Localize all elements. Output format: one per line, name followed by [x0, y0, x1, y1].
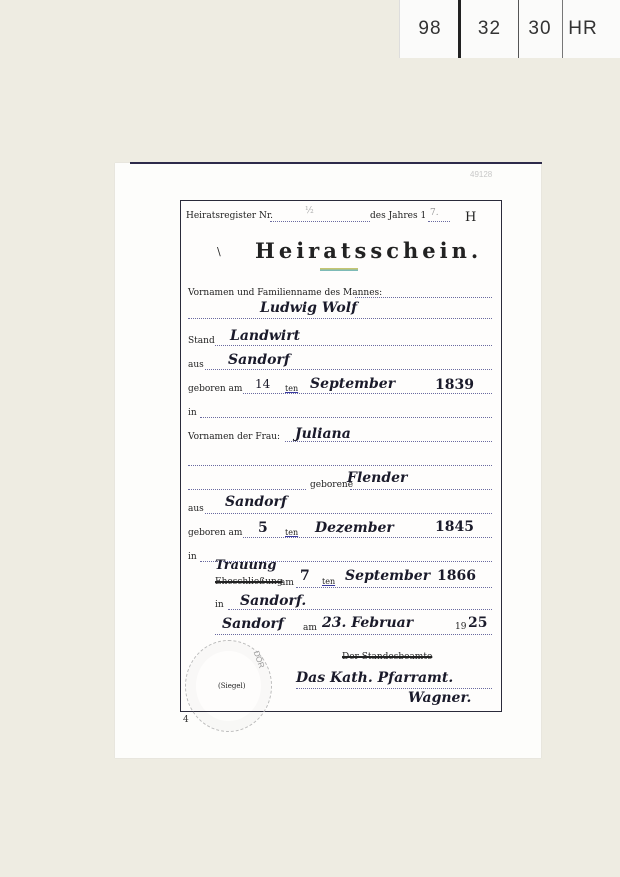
- register-label: Heiratsregister Nr.: [186, 211, 273, 221]
- husband-born-label: geboren am: [188, 384, 242, 394]
- document-title: Heiratsschein.: [255, 238, 482, 263]
- year-label: des Jahres 1: [370, 211, 426, 221]
- line: [205, 513, 492, 514]
- tab-divider: [458, 0, 461, 58]
- archive-cell-2: 32: [462, 0, 517, 58]
- line: [188, 465, 492, 466]
- marriage-year: 1866: [437, 568, 476, 584]
- line: [243, 537, 492, 538]
- line: [188, 489, 306, 490]
- marriage-place: Sandorf.: [240, 593, 306, 609]
- wife-in-label: in: [188, 552, 197, 562]
- archive-cell-4: HR: [564, 0, 602, 58]
- line: [228, 609, 492, 610]
- husband-born-day: 14: [255, 377, 270, 391]
- issued-date: 23. Februar: [322, 615, 413, 631]
- husband-name: Ludwig Wolf: [260, 300, 357, 316]
- line: [296, 587, 492, 588]
- husband-aus-label: aus: [188, 360, 204, 370]
- wife-aus-label: aus: [188, 504, 204, 514]
- marriage-am-label: am: [280, 578, 294, 588]
- signer-name: Wagner.: [408, 690, 471, 706]
- sheet-edge: [130, 162, 542, 164]
- husband-born-year: 1839: [435, 377, 474, 393]
- page-number: 4: [183, 715, 189, 725]
- archive-index-tab: 98 32 30 HR: [399, 0, 620, 58]
- ten-suffix: ten: [285, 528, 298, 537]
- line: [215, 634, 492, 635]
- wife-born-year: 1845: [435, 519, 474, 535]
- year-value: 7.: [430, 208, 439, 218]
- wife-maiden-name: Flender: [347, 470, 407, 486]
- line: [188, 318, 492, 319]
- certificate-frame: [180, 200, 502, 712]
- ten-suffix: ten: [285, 384, 298, 393]
- line: [350, 489, 492, 490]
- line: [355, 297, 492, 298]
- seal-label: (Siegel): [218, 682, 246, 690]
- archive-cell-1: 98: [405, 0, 455, 58]
- wife-born-month: Dezember: [315, 520, 394, 536]
- signer: Das Kath. Pfarramt.: [296, 670, 453, 686]
- pencil-note: 49128: [470, 170, 492, 179]
- standesbeamte-struck: Der Standesbeamte: [342, 652, 432, 662]
- issued-year-suffix: 25: [468, 615, 487, 631]
- marriage-type: Trauung: [215, 558, 276, 573]
- form-letter: H: [465, 210, 476, 225]
- husband-stand: Landwirt: [230, 328, 300, 344]
- issued-place: Sandorf: [222, 616, 284, 632]
- husband-born-month: September: [310, 376, 395, 392]
- line: [200, 417, 492, 418]
- line: [243, 393, 492, 394]
- wife-aus: Sandorf: [225, 494, 287, 510]
- title-mark: \: [217, 245, 221, 258]
- marriage-month: September: [345, 568, 430, 584]
- register-line: [270, 221, 370, 222]
- line: [205, 369, 492, 370]
- marriage-in-label: in: [215, 600, 224, 610]
- year-line: [428, 221, 450, 222]
- wife-born-label: geboren am: [188, 528, 242, 538]
- husband-name-label: Vornamen und Familienname des Mannes:: [188, 288, 382, 298]
- line: [215, 345, 492, 346]
- archive-cell-3: 30: [520, 0, 560, 58]
- wife-name: Juliana: [295, 426, 351, 442]
- stand-label: Stand: [188, 336, 215, 346]
- wife-born-day: 5: [258, 520, 268, 536]
- title-underline: [320, 268, 358, 271]
- marriage-day: 7: [300, 568, 310, 584]
- tab-divider: [562, 0, 563, 58]
- ten-suffix: ten: [322, 577, 335, 586]
- wife-name-label: Vornamen der Frau:: [188, 432, 280, 442]
- issued-year-prefix: 19: [455, 622, 466, 632]
- husband-in-label: in: [188, 408, 197, 418]
- register-value: ½: [305, 206, 314, 216]
- line: [296, 688, 492, 689]
- tab-divider: [518, 0, 519, 58]
- marriage-type-struck: Eheschließung: [215, 577, 283, 587]
- issued-am-label: am: [303, 623, 317, 633]
- husband-aus: Sandorf: [228, 352, 290, 368]
